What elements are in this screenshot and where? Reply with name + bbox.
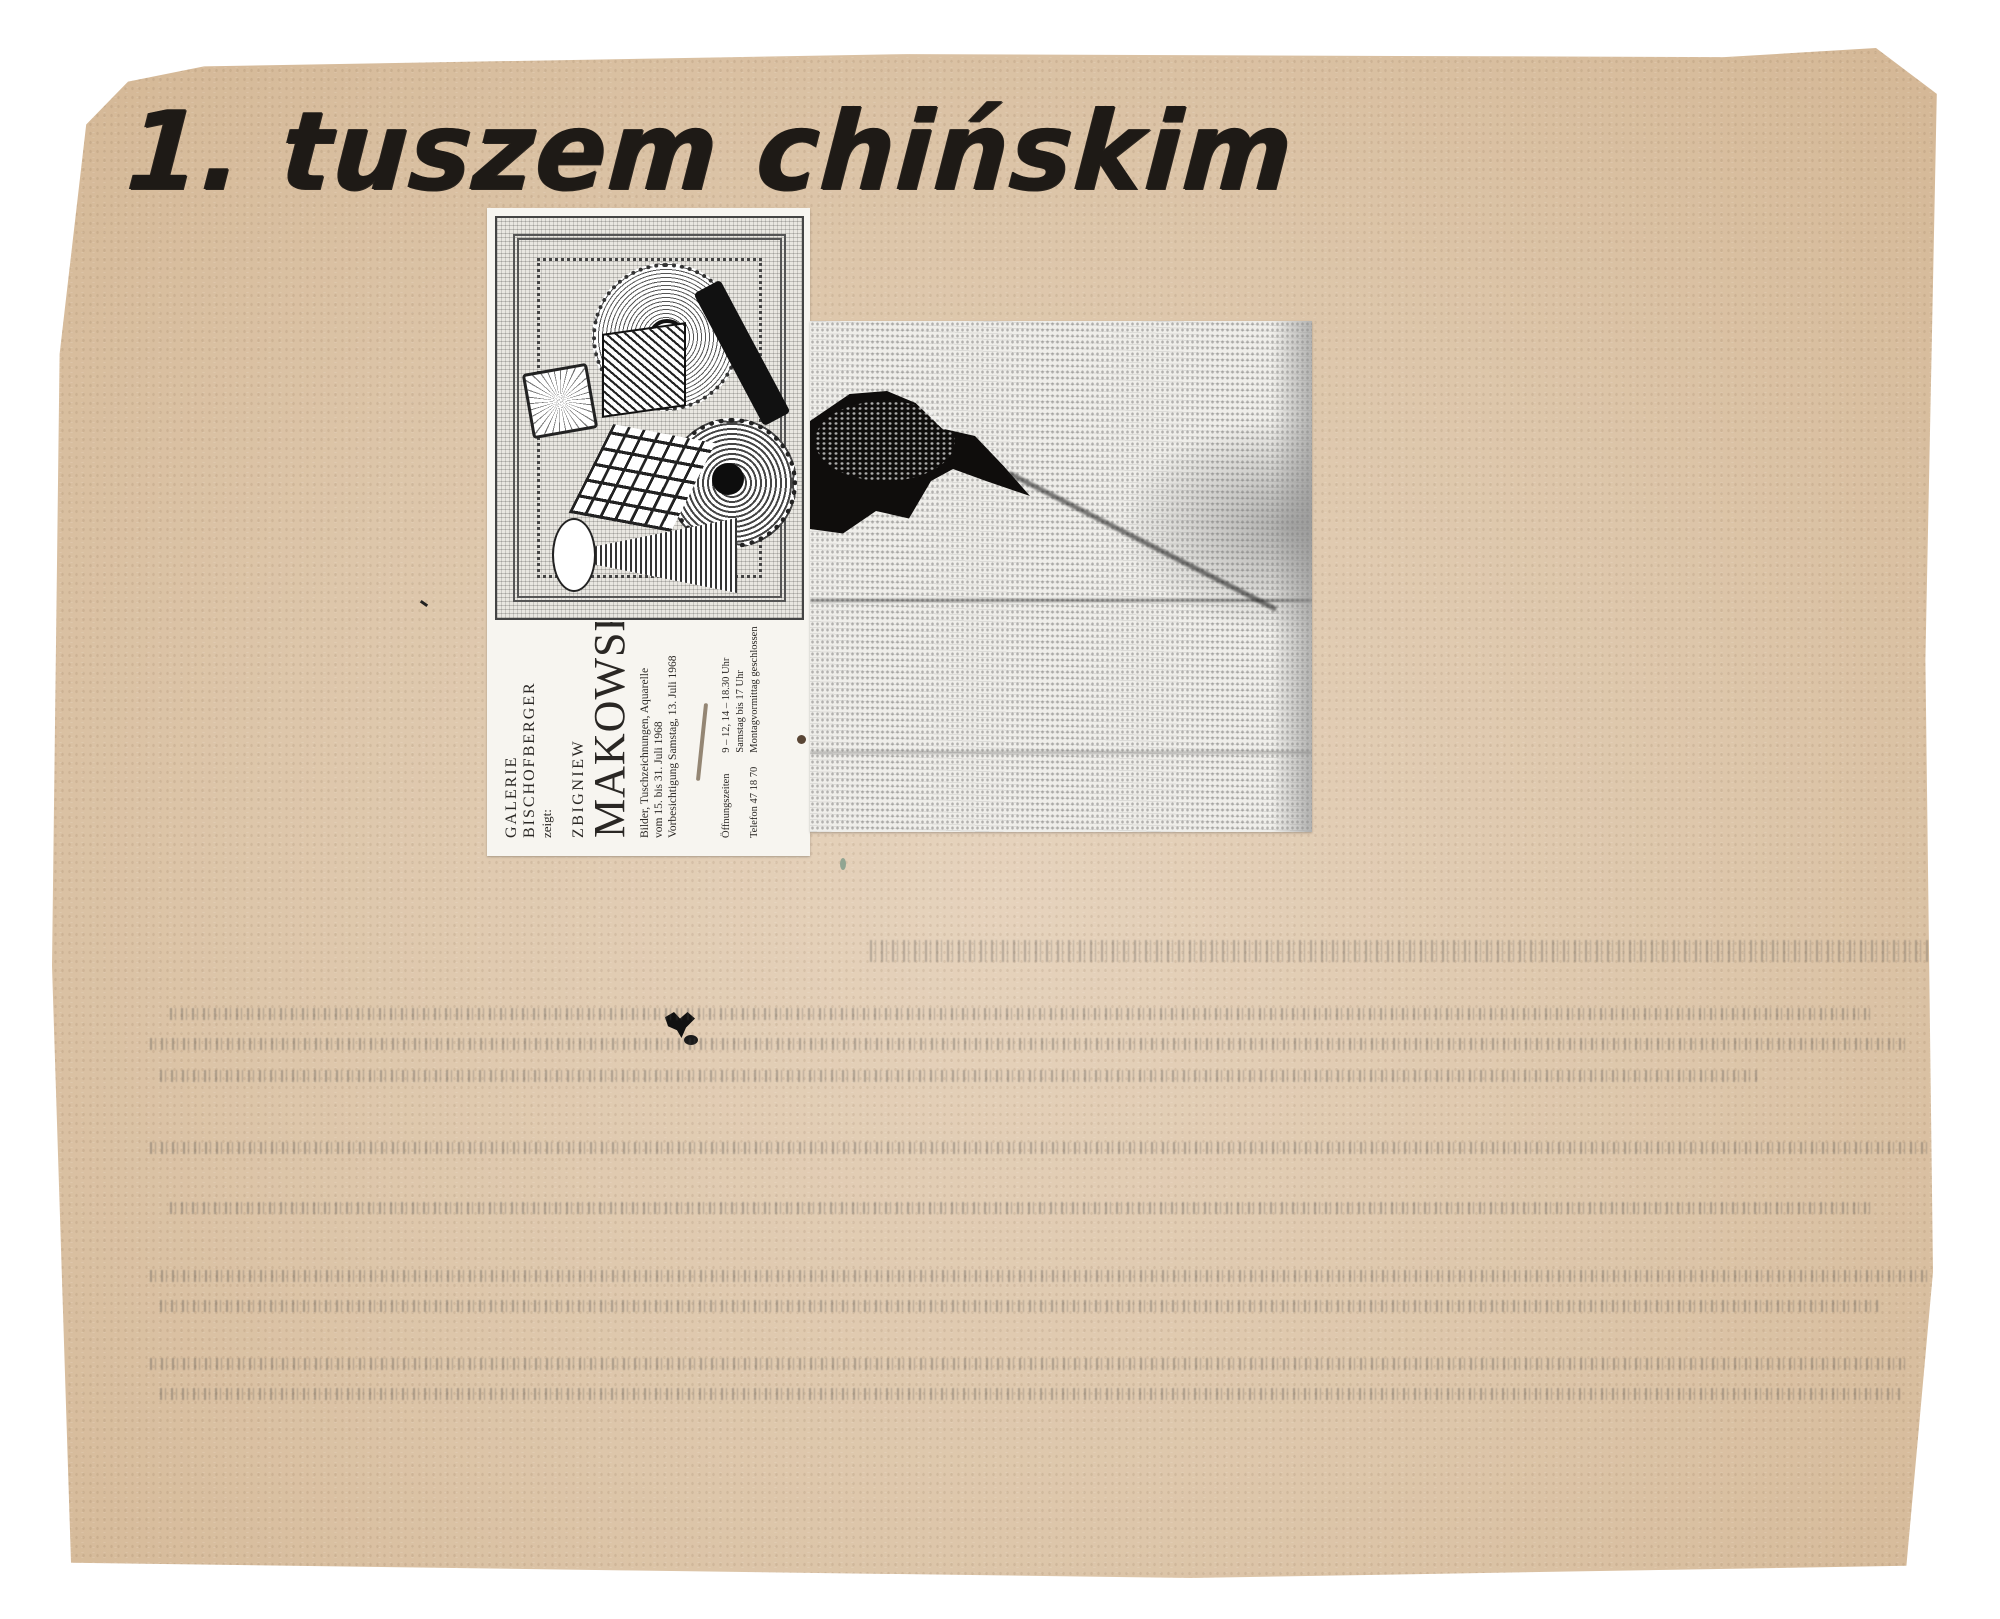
rosette-cube-icon [522, 363, 598, 439]
striped-box-icon [602, 322, 686, 418]
photo-shaded-edge [1272, 321, 1312, 832]
rock-texture [815, 401, 955, 481]
pencil-text-line [150, 1270, 1930, 1282]
artist-last-name: MAKOWSKI [588, 634, 632, 838]
bw-photograph [810, 321, 1312, 832]
pencil-text-line [170, 1008, 1870, 1020]
pencil-text-line [150, 1142, 1930, 1154]
opening-hours-block: Öffnungszeiten Telefon 47 18 70 9 – 12, … [720, 634, 762, 838]
preview-date: Vorbesichtigung Samstag, 13. Juli 1968 [666, 634, 680, 838]
phone-number: Telefon 47 18 70 [748, 767, 762, 838]
pencil-text-line [160, 1388, 1900, 1400]
pin-hole-dot [797, 735, 806, 744]
hours-weekday: 9 – 12, 14 – 18.30 Uhr [720, 626, 734, 752]
hours-labels: Öffnungszeiten Telefon 47 18 70 [720, 767, 762, 838]
presents-label: zeigt: [539, 634, 554, 838]
green-stain [840, 858, 846, 870]
pencil-text-line [160, 1070, 1760, 1082]
horizontal-brush-line [810, 751, 1312, 754]
drum-oval-shape [552, 518, 596, 592]
hours-label: Öffnungszeiten [720, 767, 734, 838]
pencil-text-line [160, 1300, 1880, 1312]
card-illustration [495, 216, 804, 620]
exhibition-invitation-card: GALERIE BISCHOFBERGER zeigt: ZBIGNIEW MA… [487, 208, 810, 856]
pencil-text-line [150, 1038, 1910, 1050]
horizontal-brush-line [810, 599, 1312, 602]
exhibition-dates: vom 15. bis 31. Juli 1968 [652, 634, 666, 838]
gallery-name: GALERIE BISCHOFBERGER [503, 634, 539, 838]
pencil-heading-line [870, 940, 1930, 962]
pencil-notes-area [150, 930, 1950, 1420]
card-text-rotated: GALERIE BISCHOFBERGER zeigt: ZBIGNIEW MA… [493, 622, 803, 850]
pencil-text-line [170, 1202, 1870, 1214]
hours-monday: Montagvormittag geschlossen [748, 626, 762, 752]
card-text-panel: GALERIE BISCHOFBERGER zeigt: ZBIGNIEW MA… [493, 622, 803, 850]
ink-heading: 1. tuszem chińskim [124, 87, 1299, 215]
diagonal-ridge-line [1008, 471, 1278, 612]
exhibition-media: Bilder, Tuschzeichnungen, Aquarelle [638, 634, 652, 838]
hours-values: 9 – 12, 14 – 18.30 Uhr Samstag bis 17 Uh… [720, 626, 762, 752]
hours-saturday: Samstag bis 17 Uhr [734, 626, 748, 752]
pencil-text-line [150, 1358, 1910, 1370]
